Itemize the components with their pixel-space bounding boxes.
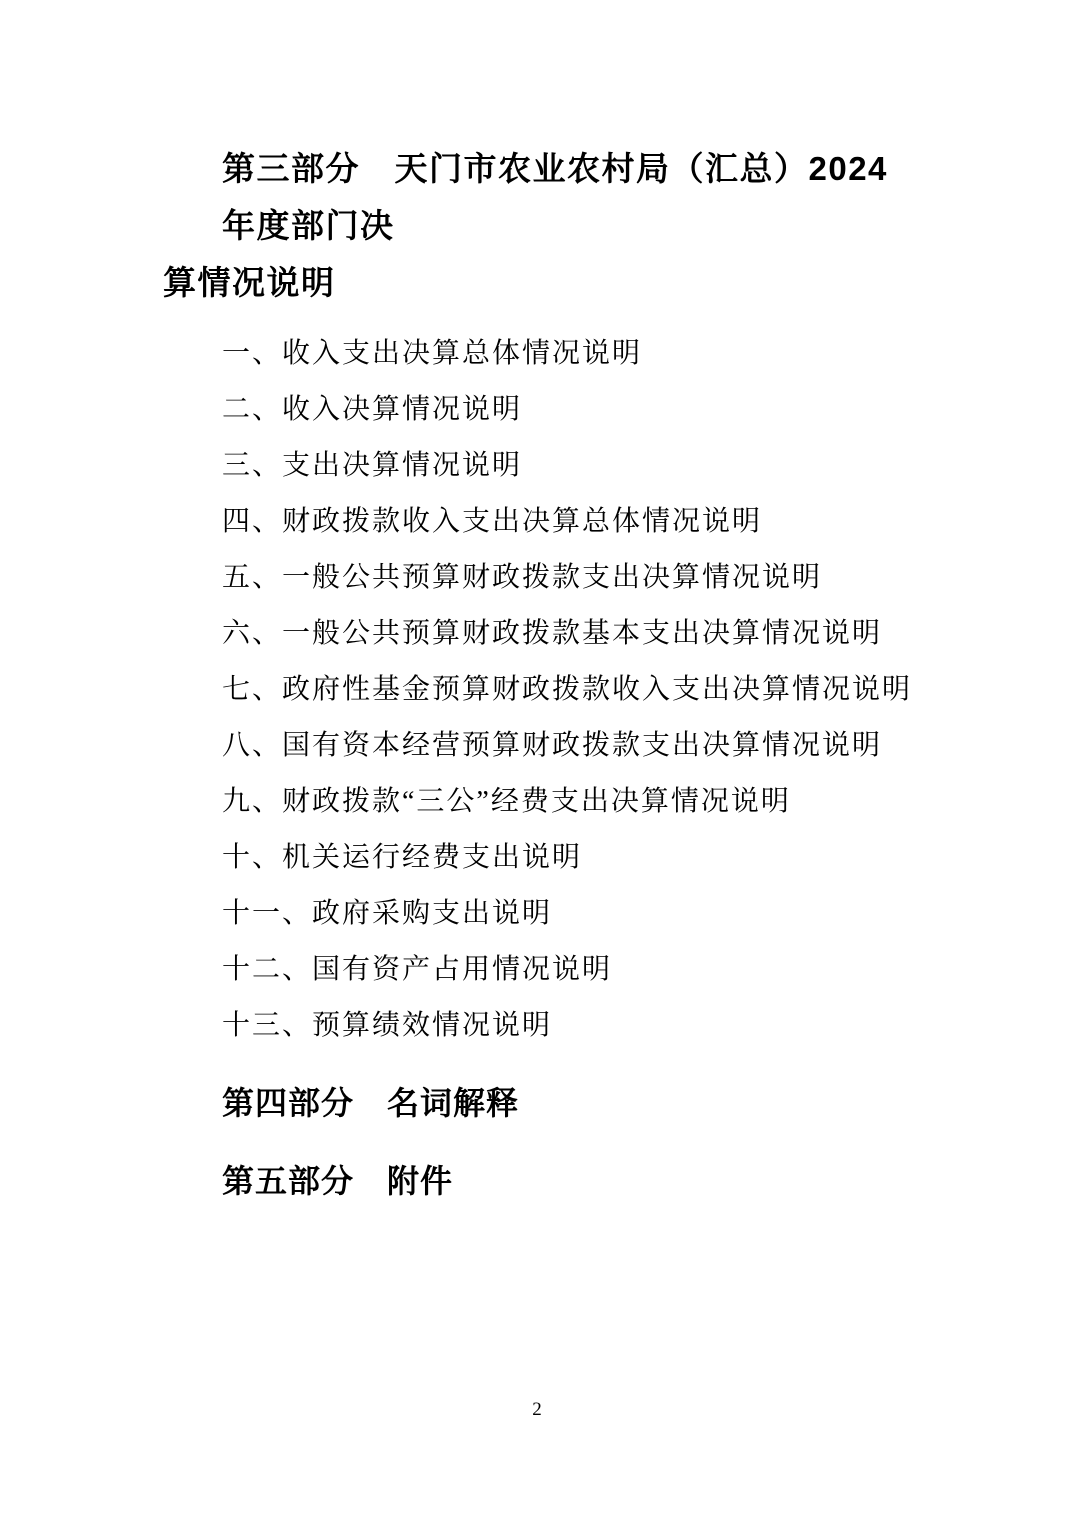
toc-item-11: 十一、政府采购支出说明 [163, 886, 926, 942]
toc-item-12: 十二、国有资产占用情况说明 [163, 942, 926, 998]
toc-item-8: 八、国有资本经营预算财政拨款支出决算情况说明 [163, 718, 926, 774]
toc-item-5: 五、一般公共预算财政拨款支出决算情况说明 [163, 550, 926, 606]
toc-item-3: 三、支出决算情况说明 [163, 438, 926, 494]
section3-heading-line2: 算情况说明 [163, 254, 926, 311]
page-number: 2 [0, 1398, 1074, 1422]
section4-heading: 第四部分 名词解释 [163, 1080, 926, 1126]
toc-item-1: 一、收入支出决算总体情况说明 [163, 326, 926, 382]
toc-item-2: 二、收入决算情况说明 [163, 382, 926, 438]
section3-heading: 第三部分 天门市农业农村局（汇总）2024 年度部门决 算情况说明 [163, 140, 926, 311]
toc-item-6: 六、一般公共预算财政拨款基本支出决算情况说明 [163, 606, 926, 662]
toc-item-9: 九、财政拨款“三公”经费支出决算情况说明 [163, 774, 926, 830]
toc-item-13: 十三、预算绩效情况说明 [163, 998, 926, 1054]
toc-item-10: 十、机关运行经费支出说明 [163, 830, 926, 886]
document-page: 第三部分 天门市农业农村局（汇总）2024 年度部门决 算情况说明 一、收入支出… [0, 0, 1074, 1520]
table-of-contents: 一、收入支出决算总体情况说明 二、收入决算情况说明 三、支出决算情况说明 四、财… [163, 326, 926, 1054]
section3-heading-line1: 第三部分 天门市农业农村局（汇总）2024 年度部门决 [163, 140, 926, 254]
toc-item-4: 四、财政拨款收入支出决算总体情况说明 [163, 494, 926, 550]
toc-item-7: 七、政府性基金预算财政拨款收入支出决算情况说明 [163, 662, 926, 718]
section5-heading: 第五部分 附件 [163, 1158, 926, 1204]
